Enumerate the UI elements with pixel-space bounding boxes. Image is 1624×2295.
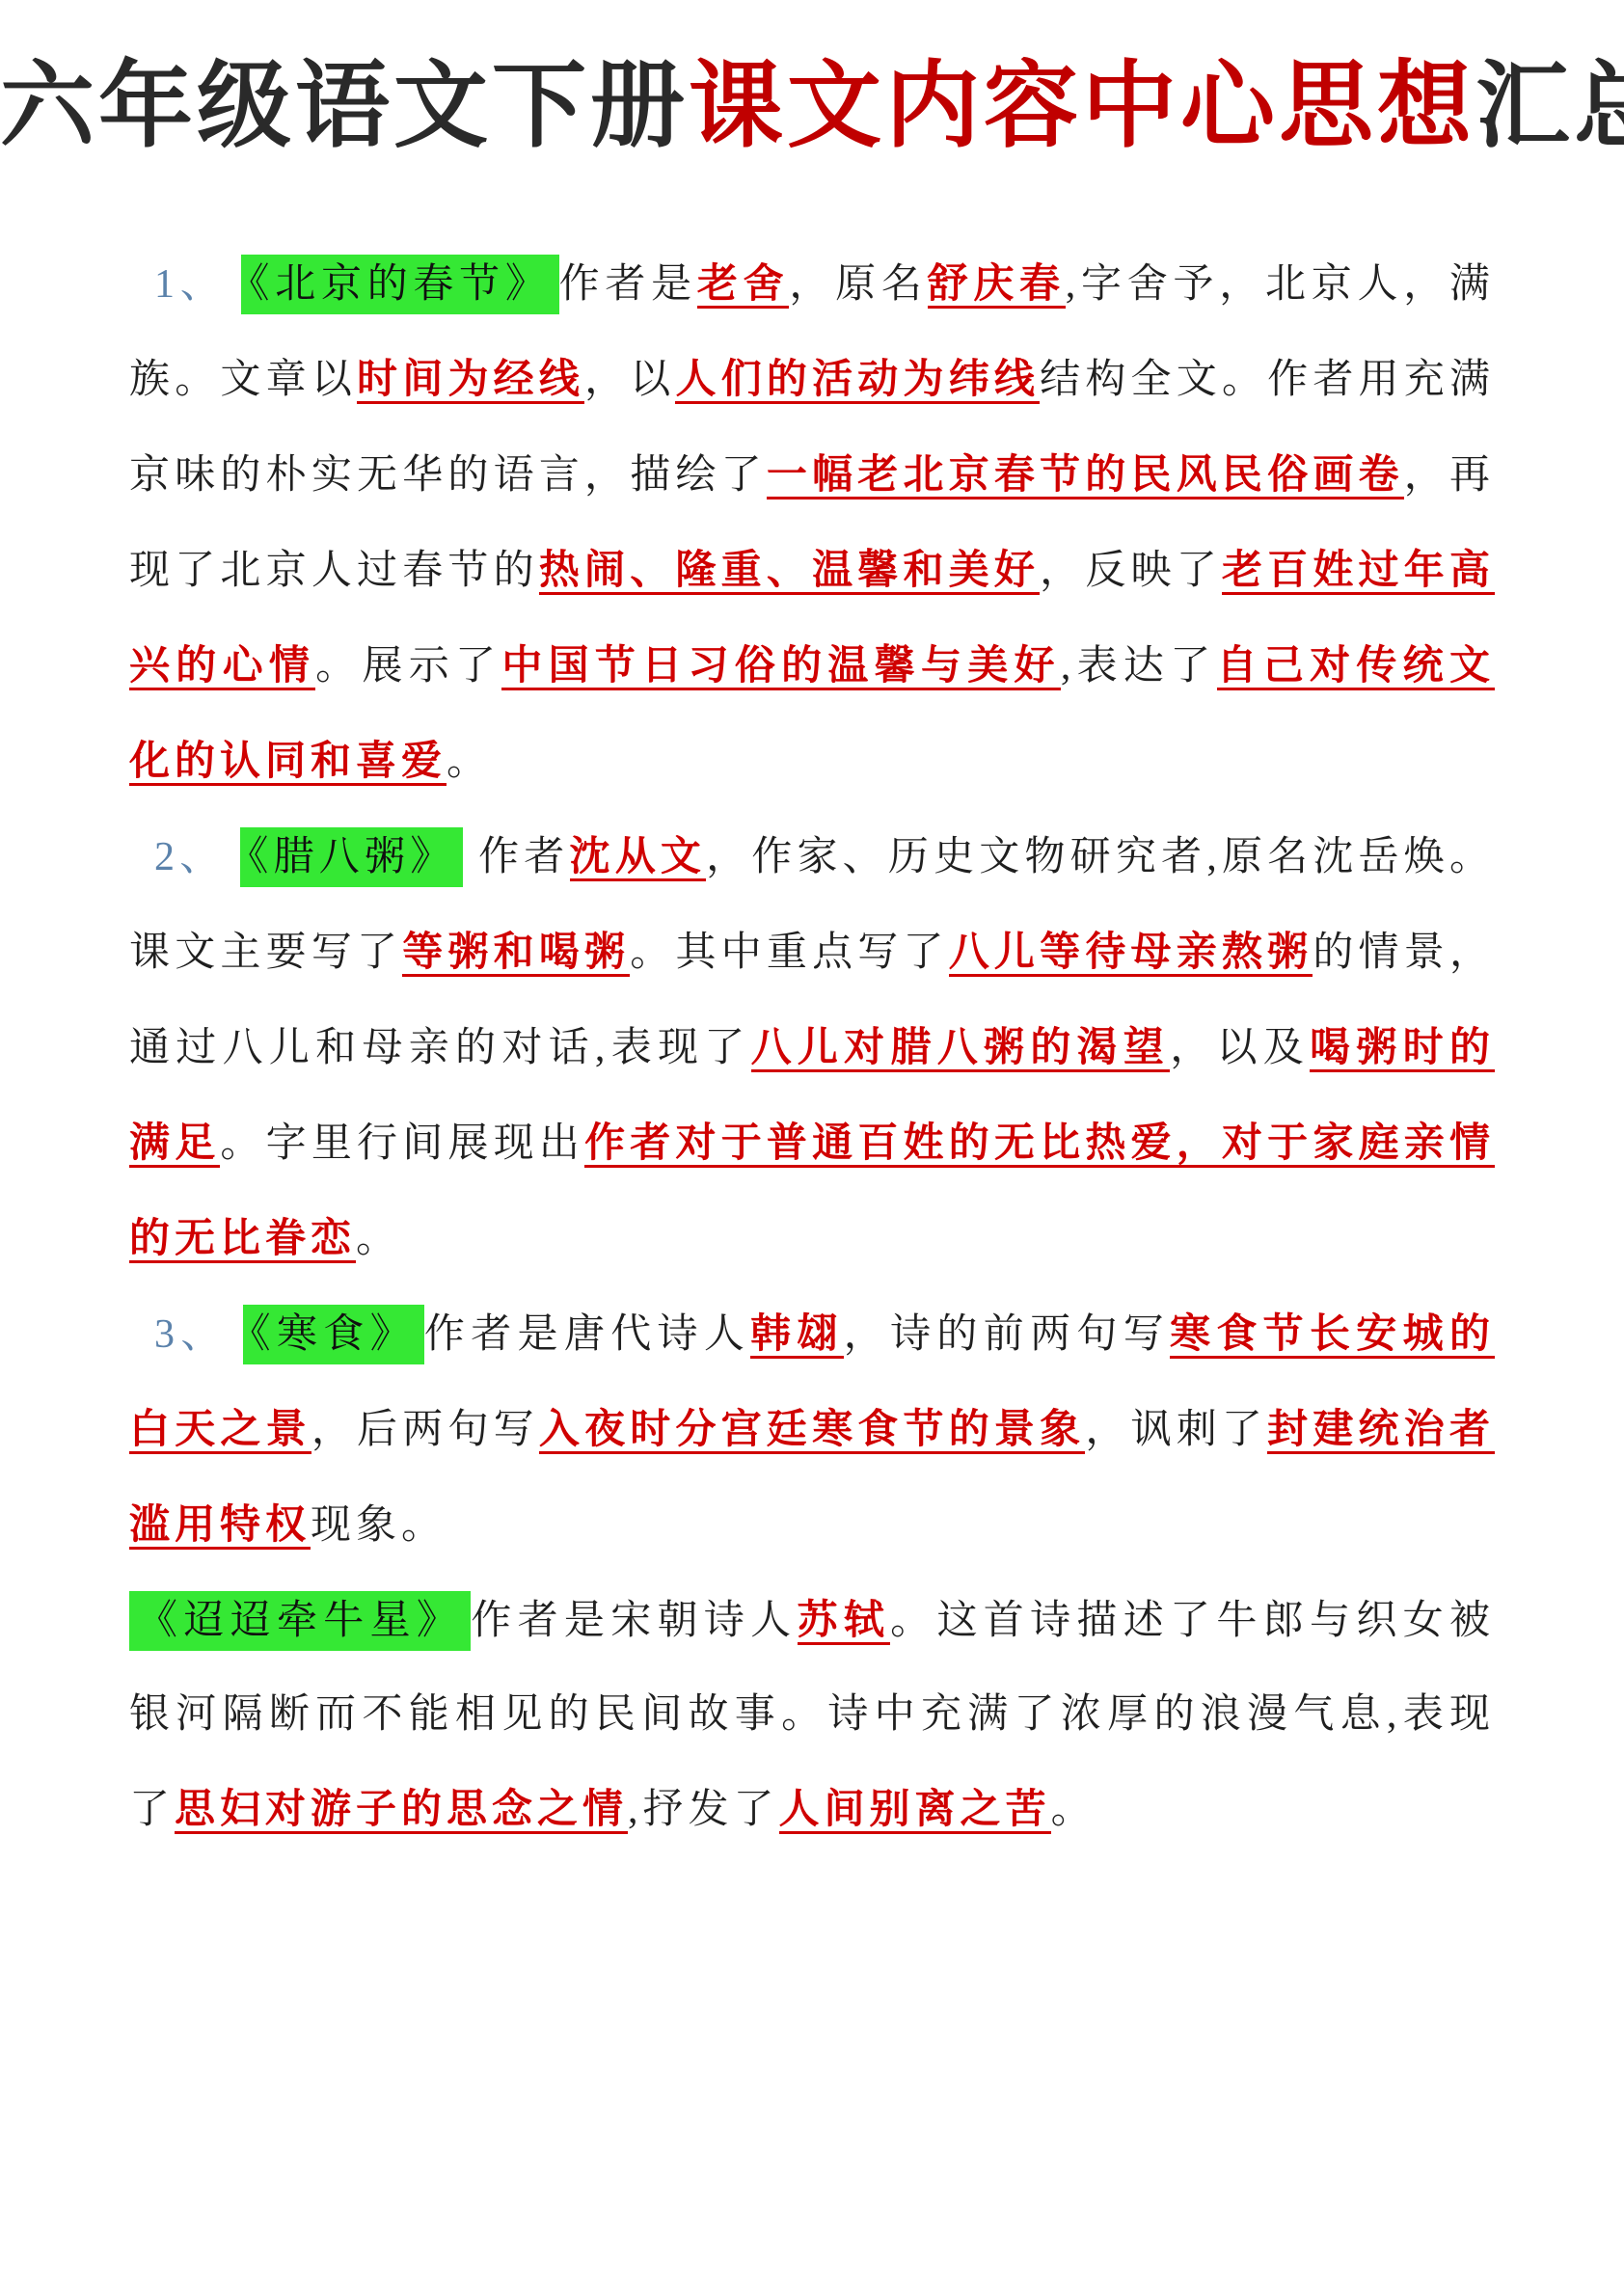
emphasis-text: 等粥和喝粥 (402, 929, 630, 977)
body-text: ，诗的前两句写 (844, 1312, 1170, 1357)
body-text: 。其中重点写了 (630, 931, 948, 975)
body-text: ，以及 (1170, 1026, 1310, 1070)
page-title-suffix: 汇总 (1475, 55, 1624, 159)
body-text: 。字里行间展现出 (220, 1121, 584, 1166)
emphasis-text: 舒庆春 (928, 260, 1066, 309)
emphasis-text: 韩翃 (750, 1310, 844, 1359)
body-text: 作者 (463, 835, 569, 879)
emphasis-text: 入夜时分宫廷寒食节的景象 (539, 1406, 1085, 1454)
body-text: ，以 (584, 358, 675, 402)
body-text: 作者是唐代诗人 (424, 1312, 750, 1357)
body-text: ，后两句写 (311, 1408, 539, 1452)
body-text: 作者是 (559, 262, 697, 307)
document-page: 六年级语文下册课文内容中心思想汇总 1、《北京的春节》作者是老舍，原名舒庆春,字… (0, 0, 1624, 2295)
body-text: ，反映了 (1040, 549, 1222, 593)
lesson-title-highlight: 《迢迢牵牛星》 (129, 1591, 471, 1651)
body-text: 。 (1051, 1788, 1096, 1832)
emphasis-text: 思妇对游子的思念之情 (175, 1786, 628, 1834)
body-text: ，原名 (789, 262, 927, 307)
paragraph-2: 2、《腊八粥》 作者沈从文，作家、历史文物研究者,原名沈岳焕。课文主要写了等粥和… (129, 809, 1495, 1286)
body-text: ,表达了 (1061, 644, 1217, 688)
item-number: 2、 (154, 835, 240, 879)
lesson-title-highlight: 《寒食》 (243, 1305, 424, 1364)
body-text: 现象。 (311, 1503, 447, 1548)
paragraph-3: 3、《寒食》作者是唐代诗人韩翃，诗的前两句写寒食节长安城的白天之景，后两句写入夜… (129, 1286, 1495, 1573)
body-text: 。 (447, 740, 492, 784)
body-text: ,抒发了 (628, 1788, 779, 1832)
page-title-prefix: 六年级语文下册 (0, 55, 689, 159)
page-title: 六年级语文下册课文内容中心思想汇总 (0, 46, 1624, 169)
lesson-title-highlight: 《腊八粥》 (240, 827, 463, 887)
emphasis-text: 人们的活动为纬线 (675, 356, 1040, 404)
content: 1、《北京的春节》作者是老舍，原名舒庆春,字舍予，北京人，满族。文章以时间为经线… (129, 236, 1495, 1857)
paragraph-1: 1、《北京的春节》作者是老舍，原名舒庆春,字舍予，北京人，满族。文章以时间为经线… (129, 236, 1495, 809)
paragraph-4: 《迢迢牵牛星》作者是宋朝诗人苏轼。这首诗描述了牛郎与织女被银河隔断而不能相见的民… (129, 1573, 1495, 1857)
emphasis-text: 中国节日习俗的温馨与美好 (501, 642, 1061, 690)
emphasis-text: 时间为经线 (357, 356, 584, 404)
body-text: ，讽刺了 (1085, 1408, 1267, 1452)
emphasis-text: 一幅老北京春节的民风民俗画卷 (767, 451, 1404, 499)
page-title-highlight: 课文内容中心思想 (689, 55, 1475, 159)
emphasis-text: 老舍 (697, 260, 789, 309)
body-text: 。展示了 (315, 644, 501, 688)
body-text: 作者是宋朝诗人 (471, 1599, 797, 1643)
emphasis-text: 苏轼 (798, 1597, 891, 1645)
emphasis-text: 沈从文 (570, 833, 707, 881)
emphasis-text: 八儿等待母亲熬粥 (949, 929, 1313, 977)
item-number: 3、 (154, 1312, 243, 1357)
body-text: 。 (356, 1217, 401, 1261)
lesson-title-highlight: 《北京的春节》 (241, 255, 558, 314)
emphasis-text: 热闹、隆重、温馨和美好 (539, 547, 1040, 595)
item-number: 1、 (154, 262, 241, 307)
emphasis-text: 人间别离之苦 (779, 1786, 1051, 1834)
emphasis-text: 八儿对腊八粥的渴望 (751, 1024, 1171, 1072)
